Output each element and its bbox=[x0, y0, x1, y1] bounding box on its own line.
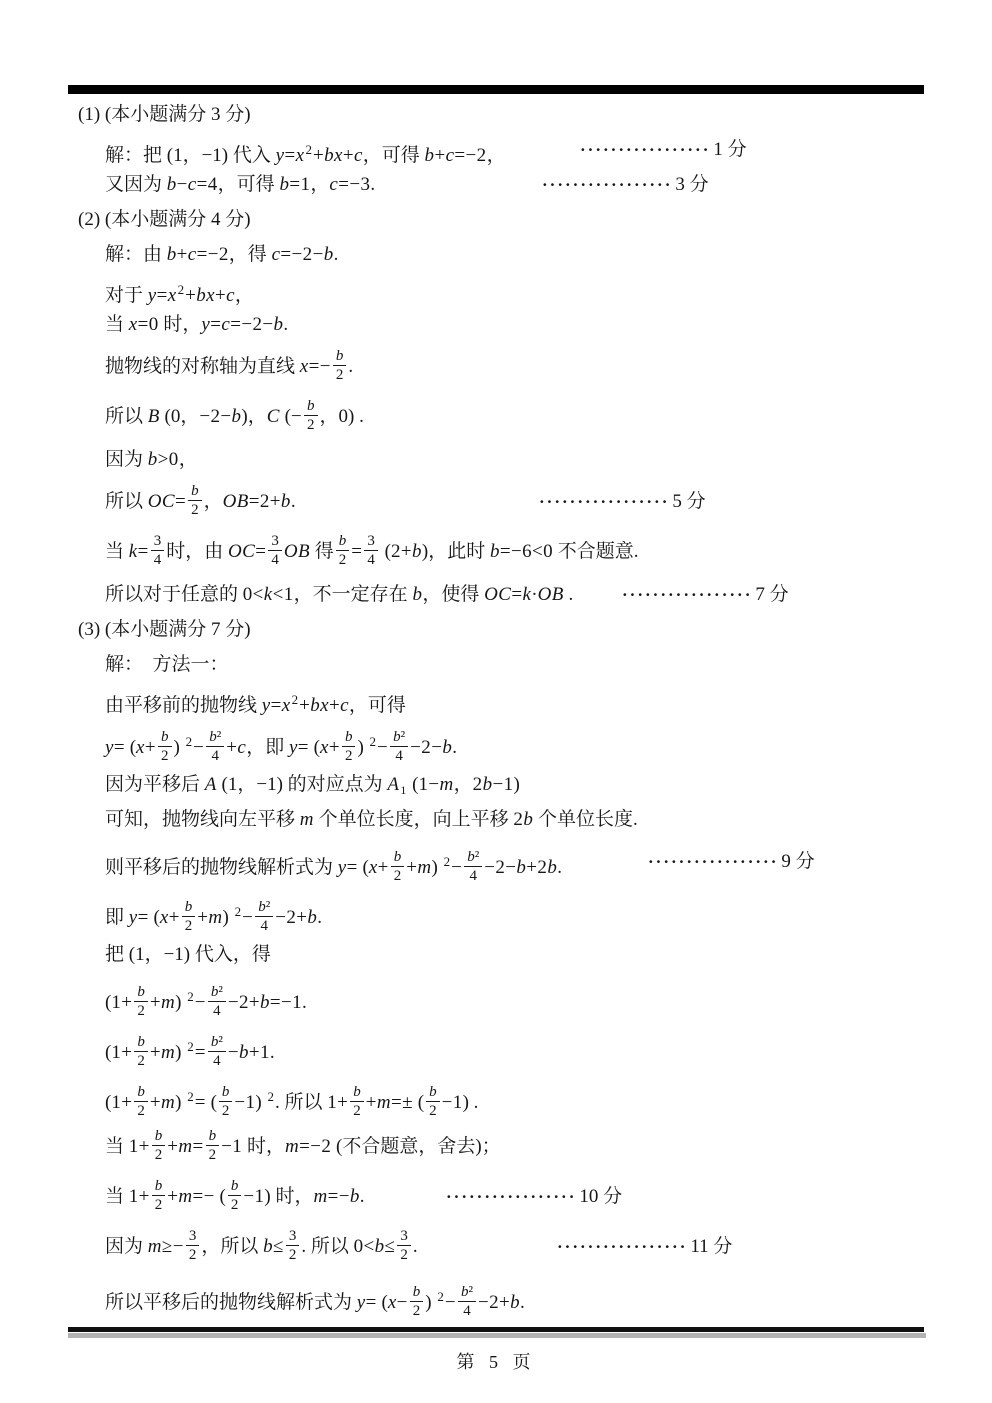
math-run: x+ bbox=[320, 737, 340, 758]
fraction: b2 bbox=[158, 729, 172, 765]
solution-content: (1) (本小题满分 3 分)解：把 (1，−1) 代入 y=x2+bx+c，可… bbox=[68, 97, 968, 1322]
math-run: +m bbox=[197, 907, 222, 928]
math-run: −2+b=−1 bbox=[228, 992, 302, 1013]
math-run: OB bbox=[538, 584, 564, 605]
text-run: . bbox=[348, 356, 353, 377]
text-run: ) . bbox=[463, 1092, 479, 1113]
fraction: b2 bbox=[333, 348, 347, 384]
text-run: 可知，抛物线向左平移 bbox=[105, 809, 300, 830]
fraction: b2 bbox=[152, 1128, 166, 1164]
math-run: b+c=−2 bbox=[425, 145, 487, 166]
leader-dots: ················· bbox=[580, 140, 710, 159]
text-run: ( bbox=[149, 907, 160, 928]
math-run: A bbox=[205, 774, 217, 795]
part2-header: (2) (本小题满分 4 分) bbox=[68, 202, 968, 237]
math-run: − bbox=[291, 406, 302, 427]
superscript: 2 bbox=[235, 887, 242, 937]
fraction: 32 bbox=[186, 1228, 200, 1264]
score-label: 11 分 bbox=[690, 1236, 732, 1257]
text-run: . bbox=[317, 907, 322, 928]
text-run: . bbox=[370, 174, 375, 195]
text-run: (1，−1) 的对应点为 bbox=[217, 774, 388, 795]
math-run: b−c=4 bbox=[167, 174, 218, 195]
part2-step: 所以对于任意的 0<k<1，不一定存在 b，使得 OC=k·OB .······… bbox=[68, 577, 968, 612]
math-run: 1+ bbox=[111, 992, 132, 1013]
fraction: 32 bbox=[286, 1228, 300, 1264]
text-run: 时， bbox=[242, 1136, 285, 1157]
text-run: . 所以 bbox=[301, 1236, 353, 1257]
text-run: ) bbox=[175, 1092, 186, 1113]
fraction: b2 bbox=[342, 729, 356, 765]
score-label: 1 分 bbox=[713, 139, 746, 160]
score-label: 7 分 bbox=[755, 584, 788, 605]
text-run: ， bbox=[487, 145, 506, 166]
page-number: 第 5 页 bbox=[0, 1348, 992, 1374]
text-run: 把 (1，−1) 代入，得 bbox=[105, 944, 271, 965]
part2-step: 抛物线的对称轴为直线 x=−b2. bbox=[68, 342, 968, 392]
text-run: . bbox=[557, 857, 562, 878]
math-run: − bbox=[377, 737, 388, 758]
text-run: 当 bbox=[105, 314, 129, 335]
text-run: ( bbox=[358, 857, 369, 878]
text-run: 因为平移后 bbox=[105, 774, 205, 795]
math-run: −1 bbox=[234, 1092, 255, 1113]
text-run: ( bbox=[407, 774, 418, 795]
text-run: 所以对于任意的 bbox=[105, 584, 243, 605]
footer-rule-gray bbox=[68, 1333, 926, 1338]
math-run: 0<k<1 bbox=[243, 584, 294, 605]
part3-step: (1+b2+m) 2−b²4−2+b=−1. bbox=[68, 972, 968, 1022]
fraction: 34 bbox=[151, 533, 165, 569]
text-run: ) bbox=[357, 737, 368, 758]
text-run: . bbox=[452, 737, 457, 758]
math-run: x− bbox=[388, 1292, 408, 1313]
fraction: b2 bbox=[336, 533, 350, 569]
text-run: 当 bbox=[105, 541, 129, 562]
math-run: x=− bbox=[300, 356, 331, 377]
fraction: b²4 bbox=[464, 849, 482, 885]
math-run: −2+b bbox=[478, 1292, 520, 1313]
part3-step: y= (x+b2) 2−b²4+c，即 y= (x+b2) 2−b²4−2−b. bbox=[68, 717, 968, 767]
text-run: ) bbox=[223, 907, 234, 928]
math-run: − bbox=[445, 1292, 456, 1313]
math-run: 1+ bbox=[129, 1186, 150, 1207]
superscript: 2 bbox=[186, 717, 193, 767]
fraction: b2 bbox=[152, 1178, 166, 1214]
score-label: 9 分 bbox=[781, 851, 814, 872]
fraction: b2 bbox=[206, 1128, 220, 1164]
fraction: b2 bbox=[228, 1178, 242, 1214]
leader-dots: ················· bbox=[622, 585, 752, 604]
math-run: − bbox=[195, 992, 206, 1013]
text-run: 因为 bbox=[105, 449, 148, 470]
header-rule bbox=[68, 85, 924, 94]
math-run: − bbox=[451, 857, 462, 878]
superscript: 2 bbox=[187, 972, 194, 1022]
text-run: ， bbox=[179, 449, 198, 470]
leader-dots: ················· bbox=[648, 852, 778, 871]
math-run: b+c=−2 bbox=[167, 244, 229, 265]
part3-step: 由平移前的抛物线 y=x2+bx+c，可得 bbox=[68, 682, 968, 717]
text-run: 个单位长度. bbox=[533, 809, 638, 830]
part3-step: 因为 m≥−32，所以 b≤32. 所以 0<b≤32.············… bbox=[68, 1222, 968, 1272]
part3-step: 所以平移后的抛物线解析式为 y= (x−b2) 2−b²4−2+b. bbox=[68, 1272, 968, 1322]
text-run: ) bbox=[425, 1292, 436, 1313]
text-run: ， bbox=[204, 491, 223, 512]
text-run: (2) (本小题满分 4 分) bbox=[78, 209, 251, 230]
text-run: ，0) . bbox=[320, 406, 364, 427]
math-run: 0<b≤ bbox=[354, 1236, 396, 1257]
text-run: 当 bbox=[105, 1136, 129, 1157]
math-run: 1+ bbox=[111, 1092, 132, 1113]
text-run: . bbox=[564, 584, 574, 605]
text-run: 因为 bbox=[105, 1236, 148, 1257]
math-run: b=1 bbox=[279, 174, 310, 195]
fraction: b2 bbox=[188, 483, 202, 519]
text-run: 则平移后的抛物线解析式为 bbox=[105, 857, 338, 878]
math-run: 1−m bbox=[419, 774, 454, 795]
part3-step: 即 y= (x+b2+m) 2−b²4−2+b. bbox=[68, 887, 968, 937]
fraction: 32 bbox=[397, 1228, 411, 1264]
math-run: +m= bbox=[167, 1136, 203, 1157]
math-run: x+ bbox=[136, 737, 156, 758]
math-run: +m bbox=[406, 857, 431, 878]
text-run: (3) (本小题满分 7 分) bbox=[78, 619, 251, 640]
text-run: ) bbox=[255, 1092, 266, 1113]
math-run: m=−b bbox=[313, 1186, 359, 1207]
math-run: x+ bbox=[369, 857, 389, 878]
math-run: c=−3 bbox=[329, 174, 370, 195]
math-run: − bbox=[193, 737, 204, 758]
text-run: 不合题意. bbox=[553, 541, 639, 562]
text-run: ( bbox=[413, 1092, 424, 1113]
text-run: . bbox=[283, 314, 288, 335]
part2-step: 当 k=34时，由 OC=34OB 得b2=34 (2+b)，此时 b=−6<0… bbox=[68, 527, 968, 577]
math-run: +bx+c bbox=[313, 145, 363, 166]
part1-header: (1) (本小题满分 3 分) bbox=[68, 97, 968, 132]
math-run: 2b bbox=[513, 809, 533, 830]
superscript: 2 bbox=[178, 272, 185, 307]
math-run: y=x bbox=[276, 145, 305, 166]
fraction: 34 bbox=[364, 533, 378, 569]
math-run: m bbox=[300, 809, 314, 830]
math-run: OC=k bbox=[484, 584, 531, 605]
math-run: y= bbox=[289, 737, 309, 758]
text-run: ， bbox=[454, 774, 473, 795]
text-run: ( bbox=[377, 1292, 388, 1313]
math-run: x=0 bbox=[129, 314, 159, 335]
text-run: . bbox=[270, 1042, 275, 1063]
text-run: . bbox=[302, 992, 307, 1013]
math-run: OB bbox=[284, 541, 310, 562]
math-run: A bbox=[387, 774, 399, 795]
part3-step: 因为平移后 A (1，−1) 的对应点为 A1 (1−m，2b−1) bbox=[68, 767, 968, 802]
part3-step: 则平移后的抛物线解析式为 y= (x+b2+m) 2−b²4−2−b+2b.··… bbox=[68, 837, 968, 887]
text-run: ) bbox=[174, 737, 185, 758]
text-run: 抛物线的对称轴为直线 bbox=[105, 356, 300, 377]
text-run: 时，由 bbox=[166, 541, 228, 562]
text-run: ，使得 bbox=[422, 584, 484, 605]
math-run: −b+1 bbox=[228, 1042, 270, 1063]
text-run: 又因为 bbox=[105, 174, 167, 195]
part2-step: 所以 OC=b2，OB=2+b.·················5 分 bbox=[68, 477, 968, 527]
fraction: b2 bbox=[304, 398, 318, 434]
text-run: . bbox=[413, 1236, 418, 1257]
fraction: b²4 bbox=[208, 984, 226, 1020]
text-run: 由平移前的抛物线 bbox=[105, 695, 262, 716]
text-run: 当 bbox=[105, 1186, 129, 1207]
fraction: b²4 bbox=[255, 899, 273, 935]
text-run: ) bbox=[432, 857, 443, 878]
leader-dots: ················· bbox=[542, 175, 672, 194]
fraction: b2 bbox=[182, 899, 196, 935]
score-leader: ·················7 分 bbox=[622, 577, 789, 612]
score-leader: ·················9 分 bbox=[648, 837, 815, 887]
math-run: B bbox=[148, 406, 160, 427]
math-run: C bbox=[267, 406, 280, 427]
math-run: y= bbox=[105, 737, 125, 758]
text-run: (不合题意，舍去)； bbox=[331, 1136, 500, 1157]
text-run: )， bbox=[241, 406, 266, 427]
math-run: +m bbox=[150, 992, 175, 1013]
leader-dots: ················· bbox=[557, 1237, 687, 1256]
text-run: 个单位长度，向上平移 bbox=[314, 809, 514, 830]
part2-step: 当 x=0 时，y=c=−2−b. bbox=[68, 307, 968, 342]
math-run: b bbox=[412, 584, 422, 605]
text-run: 所以 bbox=[105, 406, 148, 427]
text-run: ( bbox=[309, 737, 320, 758]
text-run: ) bbox=[175, 1042, 186, 1063]
math-run: 1+ bbox=[327, 1092, 348, 1113]
text-run: ， bbox=[235, 285, 254, 306]
fraction: b²4 bbox=[206, 729, 224, 765]
part3-step: 解： 方法一： bbox=[68, 647, 968, 682]
math-run: y= bbox=[338, 857, 358, 878]
text-run: 得 bbox=[310, 541, 334, 562]
text-run: ，即 bbox=[246, 737, 289, 758]
math-run: −2+b bbox=[275, 907, 317, 928]
fraction: b2 bbox=[426, 1084, 440, 1120]
footer-rule-black bbox=[68, 1327, 924, 1332]
superscript: 2 bbox=[292, 682, 299, 717]
math-run: y=x bbox=[262, 695, 291, 716]
part3-header: (3) (本小题满分 7 分) bbox=[68, 612, 968, 647]
math-run: −1 bbox=[442, 1092, 463, 1113]
text-run: ( bbox=[215, 1186, 226, 1207]
math-run: 2+b bbox=[391, 541, 422, 562]
score-label: 5 分 bbox=[672, 491, 705, 512]
text-run: 解： 方法一： bbox=[105, 654, 229, 675]
fraction: b²4 bbox=[458, 1284, 476, 1320]
part2-step: 所以 B (0，−2−b)，C (−b2，0) . bbox=[68, 392, 968, 442]
math-run: m=−2 bbox=[285, 1136, 331, 1157]
math-run: +m bbox=[150, 1042, 175, 1063]
fraction: b²4 bbox=[208, 1034, 226, 1070]
math-run: b>0 bbox=[148, 449, 179, 470]
text-run: 解：把 (1，−1) 代入 bbox=[105, 145, 276, 166]
part1-step: 解：把 (1，−1) 代入 y=x2+bx+c，可得 b+c=−2，······… bbox=[68, 132, 968, 167]
fraction: b²4 bbox=[390, 729, 408, 765]
score-leader: ·················10 分 bbox=[446, 1172, 622, 1222]
fraction: b2 bbox=[350, 1084, 364, 1120]
text-run: . bbox=[291, 491, 296, 512]
math-run: +bx+c bbox=[299, 695, 349, 716]
part3-step: 当 1+b2+m=b2−1 时，m=−2 (不合题意，舍去)； bbox=[68, 1122, 968, 1172]
math-run: y=x bbox=[148, 285, 177, 306]
text-run: ( bbox=[206, 1092, 217, 1113]
math-run: k= bbox=[129, 541, 149, 562]
part3-step: 当 1+b2+m=− (b2−1) 时，m=−b.···············… bbox=[68, 1172, 968, 1222]
text-run: 解：由 bbox=[105, 244, 167, 265]
math-run: +m bbox=[150, 1092, 175, 1113]
text-run: ) 时， bbox=[264, 1186, 313, 1207]
text-run: 时， bbox=[159, 314, 202, 335]
part3-step: 把 (1，−1) 代入，得 bbox=[68, 937, 968, 972]
text-run: 对于 bbox=[105, 285, 148, 306]
superscript: 2 bbox=[268, 1072, 275, 1122]
fraction: b2 bbox=[391, 849, 405, 885]
leader-dots: ················· bbox=[446, 1187, 576, 1206]
score-leader: ·················5 分 bbox=[539, 477, 706, 527]
part3-step: 可知，抛物线向左平移 m 个单位长度，向上平移 2b 个单位长度. bbox=[68, 802, 968, 837]
text-run: (1) (本小题满分 3 分) bbox=[78, 104, 251, 125]
text-run: 所以 bbox=[105, 491, 148, 512]
text-run: )，此时 bbox=[422, 541, 490, 562]
superscript: 2 bbox=[370, 717, 377, 767]
text-run: . bbox=[520, 1292, 525, 1313]
text-run: ，不一定存在 bbox=[294, 584, 413, 605]
part2-step: 解：由 b+c=−2，得 c=−2−b. bbox=[68, 237, 968, 272]
math-run: b=−6<0 bbox=[490, 541, 553, 562]
math-run: −1 bbox=[221, 1136, 242, 1157]
math-run: 1+ bbox=[129, 1136, 150, 1157]
part3-step: (1+b2+m) 2= (b2−1) 2. 所以 1+b2+m=± (b2−1)… bbox=[68, 1072, 968, 1122]
math-run: = bbox=[351, 541, 362, 562]
text-run: ) bbox=[514, 774, 520, 795]
document-page: (1) (本小题满分 3 分)解：把 (1，−1) 代入 y=x2+bx+c，可… bbox=[0, 0, 992, 1403]
superscript: 2 bbox=[305, 132, 312, 167]
math-run: +m=− bbox=[167, 1186, 215, 1207]
math-run: 1+ bbox=[111, 1042, 132, 1063]
score-leader: ·················11 分 bbox=[557, 1222, 732, 1272]
part1-step: 又因为 b−c=4，可得 b=1，c=−3.·················3… bbox=[68, 167, 968, 202]
math-run: OC= bbox=[148, 491, 186, 512]
math-run: = bbox=[195, 1092, 206, 1113]
fraction: b2 bbox=[410, 1284, 424, 1320]
text-run: . bbox=[334, 244, 339, 265]
math-run: m≥− bbox=[148, 1236, 184, 1257]
fraction: b2 bbox=[219, 1084, 233, 1120]
score-label: 3 分 bbox=[675, 174, 708, 195]
math-run: −2−b bbox=[199, 406, 241, 427]
text-run: 即 bbox=[105, 907, 129, 928]
text-run: ，可得 bbox=[363, 145, 425, 166]
score-label: 10 分 bbox=[579, 1186, 622, 1207]
text-run: ( bbox=[380, 541, 391, 562]
superscript: 2 bbox=[187, 1072, 194, 1122]
math-run: −2−b+2b bbox=[484, 857, 557, 878]
text-run: ，可得 bbox=[349, 695, 406, 716]
math-run: x+ bbox=[160, 907, 180, 928]
math-run: y= bbox=[129, 907, 149, 928]
text-run: 所以平移后的抛物线解析式为 bbox=[105, 1292, 357, 1313]
math-run: +m=± bbox=[366, 1092, 413, 1113]
part2-step: 因为 b>0， bbox=[68, 442, 968, 477]
superscript: 2 bbox=[437, 1272, 444, 1322]
math-run: +c bbox=[226, 737, 246, 758]
part2-step: 对于 y=x2+bx+c， bbox=[68, 272, 968, 307]
fraction: b2 bbox=[134, 984, 148, 1020]
text-run: ) bbox=[175, 992, 186, 1013]
math-run: OB=2+b bbox=[223, 491, 291, 512]
math-run: y=c=−2−b bbox=[201, 314, 283, 335]
text-run: ( bbox=[125, 737, 136, 758]
math-run: +bx+c bbox=[185, 285, 235, 306]
part3-step: (1+b2+m) 2=b²4−b+1. bbox=[68, 1022, 968, 1072]
math-run: OC= bbox=[228, 541, 266, 562]
math-run: −1 bbox=[243, 1186, 264, 1207]
fraction: 34 bbox=[268, 533, 282, 569]
math-run: − bbox=[242, 907, 253, 928]
math-run: c=−2−b bbox=[272, 244, 334, 265]
text-run: (0， bbox=[160, 406, 200, 427]
math-run: b≤ bbox=[263, 1236, 284, 1257]
fraction: b2 bbox=[134, 1084, 148, 1120]
text-run: ，得 bbox=[229, 244, 272, 265]
superscript: 2 bbox=[187, 1022, 194, 1072]
fraction: b2 bbox=[134, 1034, 148, 1070]
leader-dots: ················· bbox=[539, 492, 669, 511]
math-run: = bbox=[195, 1042, 206, 1063]
text-run: ，所以 bbox=[201, 1236, 263, 1257]
text-run: ( bbox=[280, 406, 291, 427]
text-run: . bbox=[360, 1186, 365, 1207]
superscript: 2 bbox=[444, 837, 451, 887]
math-run: 2b−1 bbox=[473, 774, 514, 795]
math-run: y= bbox=[357, 1292, 377, 1313]
text-run: ， bbox=[310, 174, 329, 195]
score-leader: ·················3 分 bbox=[542, 167, 709, 202]
text-run: ，可得 bbox=[218, 174, 280, 195]
score-leader: ·················1 分 bbox=[580, 132, 747, 167]
math-run: −2−b bbox=[410, 737, 452, 758]
text-run: . 所以 bbox=[275, 1092, 327, 1113]
